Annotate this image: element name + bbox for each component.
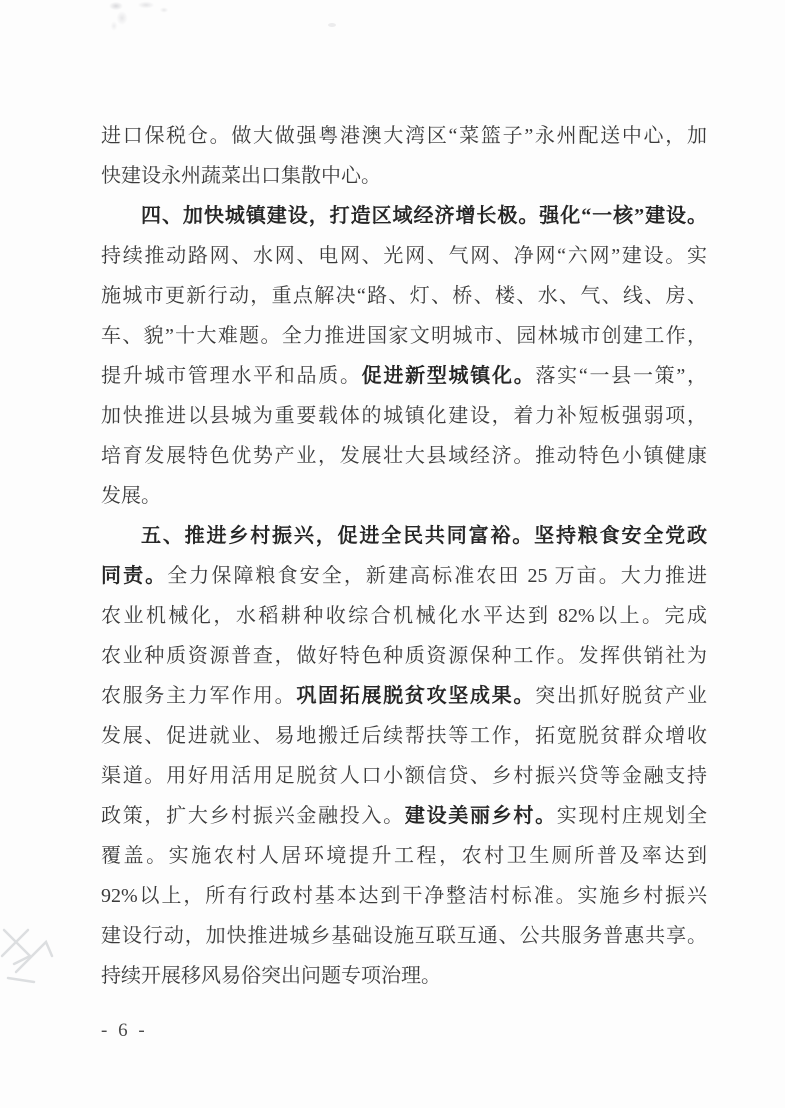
text-line: 农业种质资源普查，做好特色种质资源保种工作。发挥供销社为 xyxy=(101,636,707,676)
text-segment: 发展。 xyxy=(101,485,161,507)
text-line: 持续开展移风易俗突出问题专项治理。 xyxy=(101,956,707,996)
text-segment: 发展、促进就业、易地搬迁后续帮扶等工作，拓宽脱贫群众增收 xyxy=(101,725,707,747)
text-line: 渠道。用好用活用足脱贫人口小额信贷、乡村振兴贷等金融支持 xyxy=(101,756,707,796)
text-line: 进口保税仓。做大做强粤港澳大湾区“菜篮子”永州配送中心，加 xyxy=(101,116,707,156)
text-segment: 培育发展特色优势产业，发展壮大县域经济。推动特色小镇健康 xyxy=(101,445,707,467)
text-segment: 政策，扩大乡村振兴金融投入。 xyxy=(101,805,405,827)
text-segment: 农业种质资源普查，做好特色种质资源保种工作。发挥供销社为 xyxy=(101,645,707,667)
scan-smudge-artifact xyxy=(102,0,174,32)
bold-text-segment: 五、推进乡村振兴，促进全民共同富裕。坚持粮食安全党政 xyxy=(141,525,707,547)
text-line: 政策，扩大乡村振兴金融投入。建设美丽乡村。实现村庄规划全 xyxy=(101,796,707,836)
bold-text-segment: 四、加快城镇建设，打造区域经济增长极。强化“一核”建设。 xyxy=(141,205,707,227)
text-line: 四、加快城镇建设，打造区域经济增长极。强化“一核”建设。 xyxy=(101,196,707,236)
document-page: 进口保税仓。做大做强粤港澳大湾区“菜篮子”永州配送中心，加快建设永州蔬菜出口集散… xyxy=(0,0,785,1108)
text-segment: 提升城市管理水平和品质。 xyxy=(101,365,362,387)
text-line: 持续推动路网、水网、电网、光网、气网、净网“六网”建设。实 xyxy=(101,236,707,276)
text-segment: 覆盖。实施农村人居环境提升工程，农村卫生厕所普及率达到 xyxy=(101,845,707,867)
scan-speck-artifact xyxy=(328,23,336,27)
text-line: 培育发展特色优势产业，发展壮大县域经济。推动特色小镇健康 xyxy=(101,436,707,476)
text-segment: 落实“一县一策”， xyxy=(535,365,707,387)
text-segment: 全力保障粮食安全，新建高标准农田 25 万亩。大力推进 xyxy=(167,565,707,587)
text-line: 同责。全力保障粮食安全，新建高标准农田 25 万亩。大力推进 xyxy=(101,556,707,596)
bold-text-segment: 促进新型城镇化。 xyxy=(362,365,536,387)
text-line: 车、貌”十大难题。全力推进国家文明城市、园林城市创建工作， xyxy=(101,316,707,356)
text-segment: 持续推动路网、水网、电网、光网、气网、净网“六网”建设。实 xyxy=(101,245,707,267)
text-line: 覆盖。实施农村人居环境提升工程，农村卫生厕所普及率达到 xyxy=(101,836,707,876)
text-segment: 渠道。用好用活用足脱贫人口小额信贷、乡村振兴贷等金融支持 xyxy=(101,765,707,787)
text-line: 施城市更新行动，重点解决“路、灯、桥、楼、水、气、线、房、 xyxy=(101,276,707,316)
text-line: 快建设永州蔬菜出口集散中心。 xyxy=(101,156,707,196)
text-line: 农服务主力军作用。巩固拓展脱贫攻坚成果。突出抓好脱贫产业 xyxy=(101,676,707,716)
text-line: 发展。 xyxy=(101,476,707,516)
text-segment: 农业机械化，水稻耕种收综合机械化水平达到 82%以上。完成 xyxy=(101,605,707,627)
document-lines: 进口保税仓。做大做强粤港澳大湾区“菜篮子”永州配送中心，加快建设永州蔬菜出口集散… xyxy=(101,116,707,996)
text-segment: 突出抓好脱贫产业 xyxy=(535,685,707,707)
text-line: 发展、促进就业、易地搬迁后续帮扶等工作，拓宽脱贫群众增收 xyxy=(101,716,707,756)
bold-text-segment: 巩固拓展脱贫攻坚成果。 xyxy=(296,685,535,707)
text-line: 提升城市管理水平和品质。促进新型城镇化。落实“一县一策”， xyxy=(101,356,707,396)
text-line: 建设行动，加快推进城乡基础设施互联互通、公共服务普惠共享。 xyxy=(101,916,707,956)
text-segment: 92%以上，所有行政村基本达到干净整洁村标准。实施乡村振兴 xyxy=(101,885,707,907)
text-segment: 建设行动，加快推进城乡基础设施互联互通、公共服务普惠共享。 xyxy=(101,925,707,947)
text-segment: 进口保税仓。做大做强粤港澳大湾区“菜篮子”永州配送中心，加 xyxy=(101,125,707,147)
text-segment: 持续开展移风易俗突出问题专项治理。 xyxy=(101,965,441,987)
text-line: 加快推进以县城为重要载体的城镇化建设，着力补短板强弱项， xyxy=(101,396,707,436)
text-line: 农业机械化，水稻耕种收综合机械化水平达到 82%以上。完成 xyxy=(101,596,707,636)
scan-scribble-artifact xyxy=(0,912,80,997)
bold-text-segment: 同责。 xyxy=(101,565,167,587)
page-number: - 6 - xyxy=(101,1016,148,1046)
text-segment: 加快推进以县城为重要载体的城镇化建设，着力补短板强弱项， xyxy=(101,405,707,427)
bold-text-segment: 建设美丽乡村。 xyxy=(405,805,557,827)
text-segment: 施城市更新行动，重点解决“路、灯、桥、楼、水、气、线、房、 xyxy=(101,285,707,307)
text-segment: 车、貌”十大难题。全力推进国家文明城市、园林城市创建工作， xyxy=(101,325,707,347)
text-segment: 快建设永州蔬菜出口集散中心。 xyxy=(101,165,381,187)
text-segment: 实现村庄规划全 xyxy=(557,805,707,827)
text-line: 五、推进乡村振兴，促进全民共同富裕。坚持粮食安全党政 xyxy=(101,516,707,556)
text-line: 92%以上，所有行政村基本达到干净整洁村标准。实施乡村振兴 xyxy=(101,876,707,916)
text-segment: 农服务主力军作用。 xyxy=(101,685,296,707)
